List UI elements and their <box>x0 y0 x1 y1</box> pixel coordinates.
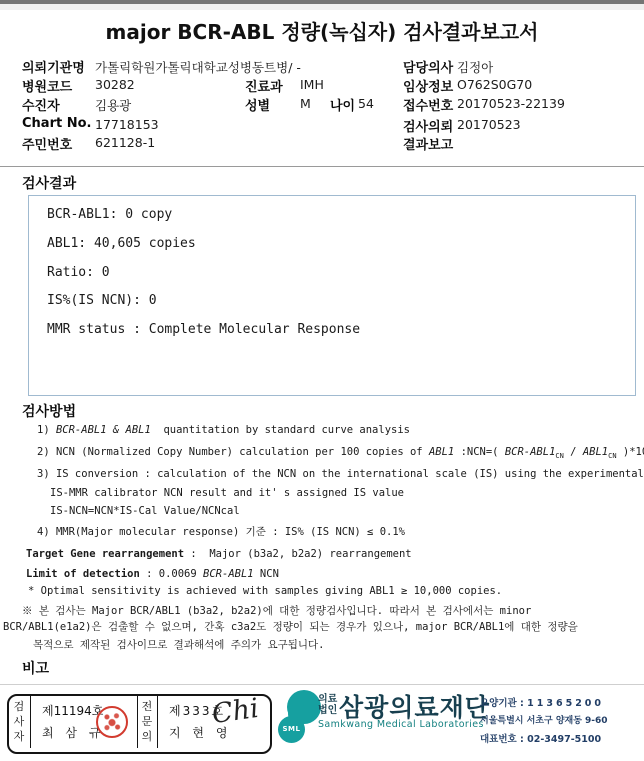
org-value: 가톨릭학원가톨릭대학교성병동트병/ - <box>95 58 301 76</box>
method-item-3-line-2: IS-MMR calibrator NCN result and it' s a… <box>50 487 404 499</box>
top-scan-bar-light <box>0 4 644 10</box>
remarks-heading: 비고 <box>22 658 49 678</box>
method-note-line-2: BCR/ABL1(e1a2)은 검출할 수 없으며, 간혹 c3a2도 정량이 … <box>3 619 578 634</box>
age-label: 나이 <box>330 95 355 114</box>
dept-value: IMH <box>300 77 324 92</box>
care-institution-no: 요양기관 : 11365200 <box>480 695 604 709</box>
examiner-cert-no: 제11194호 <box>42 702 103 719</box>
clinical-info-label: 임상정보 <box>403 76 453 95</box>
limit-of-detection-line: Limit of detection : 0.0069 BCR-ABL1 NCN <box>26 568 279 580</box>
org-type-label: 의료법인 <box>318 694 340 716</box>
dept-label: 진료과 <box>245 76 283 95</box>
resident-no-label: 주민번호 <box>22 134 72 153</box>
method-note-line-1: ※ 본 검사는 Major BCR/ABL1 (b3a2, b2a2)에 대한 … <box>22 603 531 618</box>
method-item-3-line-1: 3) IS conversion : calculation of the NC… <box>37 468 644 480</box>
company-name-en: Samkwang Medical Laboratories <box>318 719 484 730</box>
examiner-name: 최 삼 규 <box>42 724 104 741</box>
method-item-3-line-3: IS-NCN=NCN*IS-Cal Value/NCNcal <box>50 505 240 517</box>
specialist-role-label: 전문의 <box>137 699 157 747</box>
section-divider-top <box>0 166 644 167</box>
result-bcr-abl1: BCR-ABL1: 0 copy <box>47 207 172 222</box>
request-date-value: 20170523 <box>457 117 521 132</box>
method-item-1: 1) BCR-ABL1 & ABL1 quantitation by stand… <box>37 424 410 436</box>
specialist-signature-icon: Chi <box>210 693 261 730</box>
report-date-label: 결과보고 <box>403 134 453 153</box>
request-date-label: 검사의뢰 <box>403 116 453 135</box>
resident-no-value: 621128-1 <box>95 135 155 150</box>
doctor-label: 담당의사 <box>403 57 453 76</box>
doctor-name: 김정아 <box>457 58 493 76</box>
method-heading: 검사방법 <box>22 401 76 421</box>
result-abl1: ABL1: 40,605 copies <box>47 236 196 251</box>
report-page: major BCR-ABL 정량(녹십자) 검사결과보고서 의뢰기관명 가톨릭학… <box>0 0 644 761</box>
hospital-code-value: 30282 <box>95 77 135 92</box>
signers-box: 검사자 제11194호 최 삼 규 전문의 제333호 지 현 영 Chi <box>7 694 272 754</box>
receipt-no-label: 접수번호 <box>403 95 453 114</box>
sex-label: 성별 <box>245 95 270 114</box>
method-item-2: 2) NCN (Normalized Copy Number) calculat… <box>37 446 644 460</box>
result-mmr-status: MMR status : Complete Molecular Response <box>47 322 360 337</box>
result-ratio: Ratio: 0 <box>47 265 110 280</box>
footer-divider <box>0 684 644 685</box>
sml-logo-text: SML <box>278 716 305 743</box>
optimal-sensitivity-line: * Optimal sensitivity is achieved with s… <box>28 585 502 597</box>
examiner-role-label: 검사자 <box>9 699 29 747</box>
patient-name: 김용광 <box>95 96 131 114</box>
hospital-code-label: 병원코드 <box>22 76 72 95</box>
signer-box-divider-1 <box>30 696 31 748</box>
signer-box-divider-3 <box>157 696 158 748</box>
org-label: 의뢰기관명 <box>22 57 85 76</box>
company-address: 서울특별시 서초구 양재동 9-60 <box>480 713 608 726</box>
results-box: BCR-ABL1: 0 copy ABL1: 40,605 copies Rat… <box>28 195 636 396</box>
target-gene-line: Target Gene rearrangement : Major (b3a2,… <box>26 548 412 560</box>
method-note-line-3: 목적으로 제작된 검사이므로 결과해석에 주의가 요구됩니다. <box>33 637 325 652</box>
receipt-no-value: 20170523-22139 <box>457 96 565 111</box>
company-phone: 대표번호 : 02-3497-5100 <box>480 731 601 745</box>
patient-label: 수진자 <box>22 95 60 114</box>
results-heading: 검사결과 <box>22 173 76 193</box>
chart-no-value: 17718153 <box>95 117 159 132</box>
result-is-ncn: IS%(IS NCN): 0 <box>47 293 157 308</box>
chart-no-label: Chart No. <box>22 116 91 131</box>
method-item-4: 4) MMR(Major molecular response) 기준 : IS… <box>37 524 405 539</box>
age-value: 54 <box>358 96 374 111</box>
clinical-info-value: O762S0G70 <box>457 77 532 92</box>
examiner-seal-icon <box>96 706 128 738</box>
sml-logo-circle-small: SML <box>278 716 305 743</box>
page-title: major BCR-ABL 정량(녹십자) 검사결과보고서 <box>0 16 644 45</box>
sex-value: M <box>300 96 311 111</box>
